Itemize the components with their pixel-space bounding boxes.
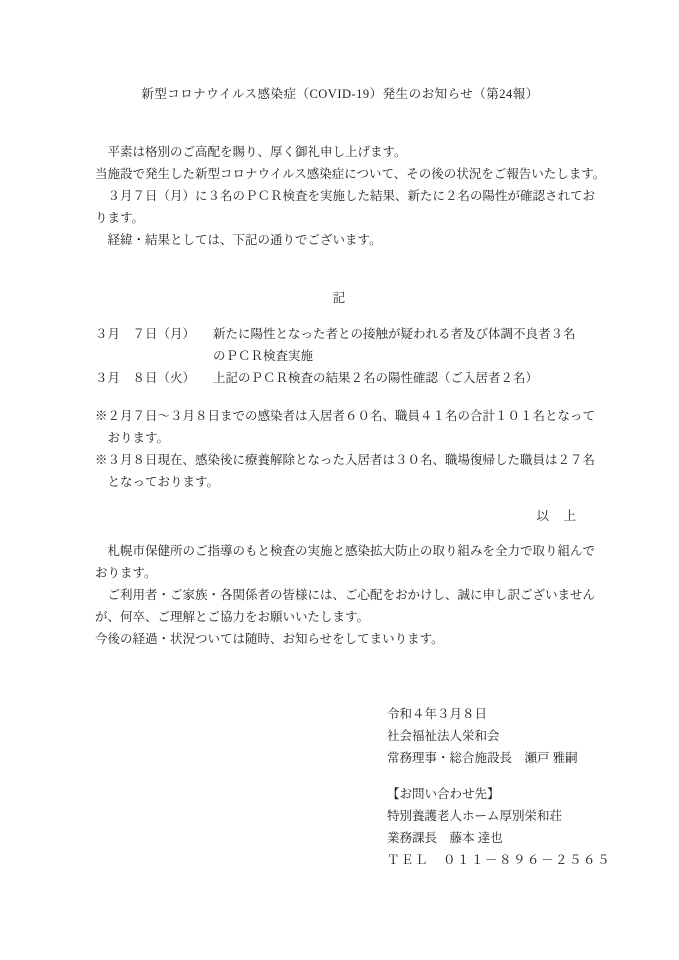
contact-facility: 特別養護老人ホーム厚別栄和荘 xyxy=(387,805,585,827)
contact-block: 【お問い合わせ先】 特別養護老人ホーム厚別栄和荘 業務課長 藤本 達也 ＴＥＬ … xyxy=(387,783,585,871)
note-line: ※２月７日～３月８日までの感染者は入居者６０名、職員４１名の合計１０１名となって xyxy=(95,405,585,427)
intro-line: ります。 xyxy=(95,207,585,229)
contact-person: 業務課長 藤本 達也 xyxy=(387,827,585,849)
signature-organization: 社会福祉法人栄和会 xyxy=(387,725,585,747)
intro-paragraphs: 平素は格別のご高配を賜り、厚く御礼申し上げます。 当施設で発生した新型コロナウイ… xyxy=(95,141,585,251)
intro-line: 平素は格別のご高配を賜り、厚く御礼申し上げます。 xyxy=(95,141,585,163)
signature-block: 令和４年３月８日 社会福祉法人栄和会 常務理事・総合施設長 瀬戸 雅嗣 xyxy=(387,703,585,769)
contact-heading: 【お問い合わせ先】 xyxy=(387,783,585,805)
note-line: ※３月８日現在、感染後に療養解除となった入居者は３０名、職場復帰した職員は２７名 xyxy=(95,449,585,471)
record-description-line: 上記のＰＣＲ検査の結果２名の陽性確認（ご入居者２名） xyxy=(213,367,585,389)
intro-line: ３月７日（月）に３名のＰＣＲ検査を実施した結果、新たに２名の陽性が確認されてお xyxy=(95,185,585,207)
note-line: となっております。 xyxy=(95,471,585,493)
record-row: ３月 ７日（月） 新たに陽性となった者との接触が疑われる者及び体調不良者３名 の… xyxy=(95,323,585,367)
document-page: 新型コロナウイルス感染症（COVID-19）発生のお知らせ（第24報） 平素は格… xyxy=(0,0,679,960)
record-description-line: 新たに陽性となった者との接触が疑われる者及び体調不良者３名 xyxy=(213,323,585,345)
closing-line: が、何卒、ご理解とご協力をお願いいたします。 xyxy=(95,606,585,628)
document-title: 新型コロナウイルス感染症（COVID-19）発生のお知らせ（第24報） xyxy=(95,83,585,105)
intro-line: 当施設で発生した新型コロナウイルス感染症について、その後の状況をご報告いたします… xyxy=(95,163,585,185)
closing-line: おります。 xyxy=(95,562,585,584)
closing-line: 今後の経過・状況ついては随時、お知らせをしてまいります。 xyxy=(95,628,585,650)
record-description-line: のＰＣＲ検査実施 xyxy=(213,345,585,367)
closing-mark: 以 上 xyxy=(95,505,585,527)
record-heading: 記 xyxy=(95,287,585,309)
record-list: ３月 ７日（月） 新たに陽性となった者との接触が疑われる者及び体調不良者３名 の… xyxy=(95,323,585,389)
signature-person: 常務理事・総合施設長 瀬戸 雅嗣 xyxy=(387,747,585,769)
note-paragraphs: ※２月７日～３月８日までの感染者は入居者６０名、職員４１名の合計１０１名となって… xyxy=(95,405,585,493)
record-description: 新たに陽性となった者との接触が疑われる者及び体調不良者３名 のＰＣＲ検査実施 xyxy=(213,323,585,367)
closing-line: ご利用者・ご家族・各関係者の皆様には、ご心配をおかけし、誠に申し訳ございません xyxy=(95,584,585,606)
note-line: おります。 xyxy=(95,427,585,449)
record-description: 上記のＰＣＲ検査の結果２名の陽性確認（ご入居者２名） xyxy=(213,367,585,389)
record-row: ３月 ８日（火） 上記のＰＣＲ検査の結果２名の陽性確認（ご入居者２名） xyxy=(95,367,585,389)
contact-tel: ＴＥＬ ０１１－８９６－２５６５ xyxy=(387,849,585,871)
closing-paragraphs: 札幌市保健所のご指導のもと検査の実施と感染拡大防止の取り組みを全力で取り組んで … xyxy=(95,540,585,650)
closing-line: 札幌市保健所のご指導のもと検査の実施と感染拡大防止の取り組みを全力で取り組んで xyxy=(95,540,585,562)
intro-line: 経緯・結果としては、下記の通りでございます。 xyxy=(95,229,585,251)
record-date: ３月 ８日（火） xyxy=(95,367,213,389)
signature-date: 令和４年３月８日 xyxy=(387,703,585,725)
record-date: ３月 ７日（月） xyxy=(95,323,213,367)
